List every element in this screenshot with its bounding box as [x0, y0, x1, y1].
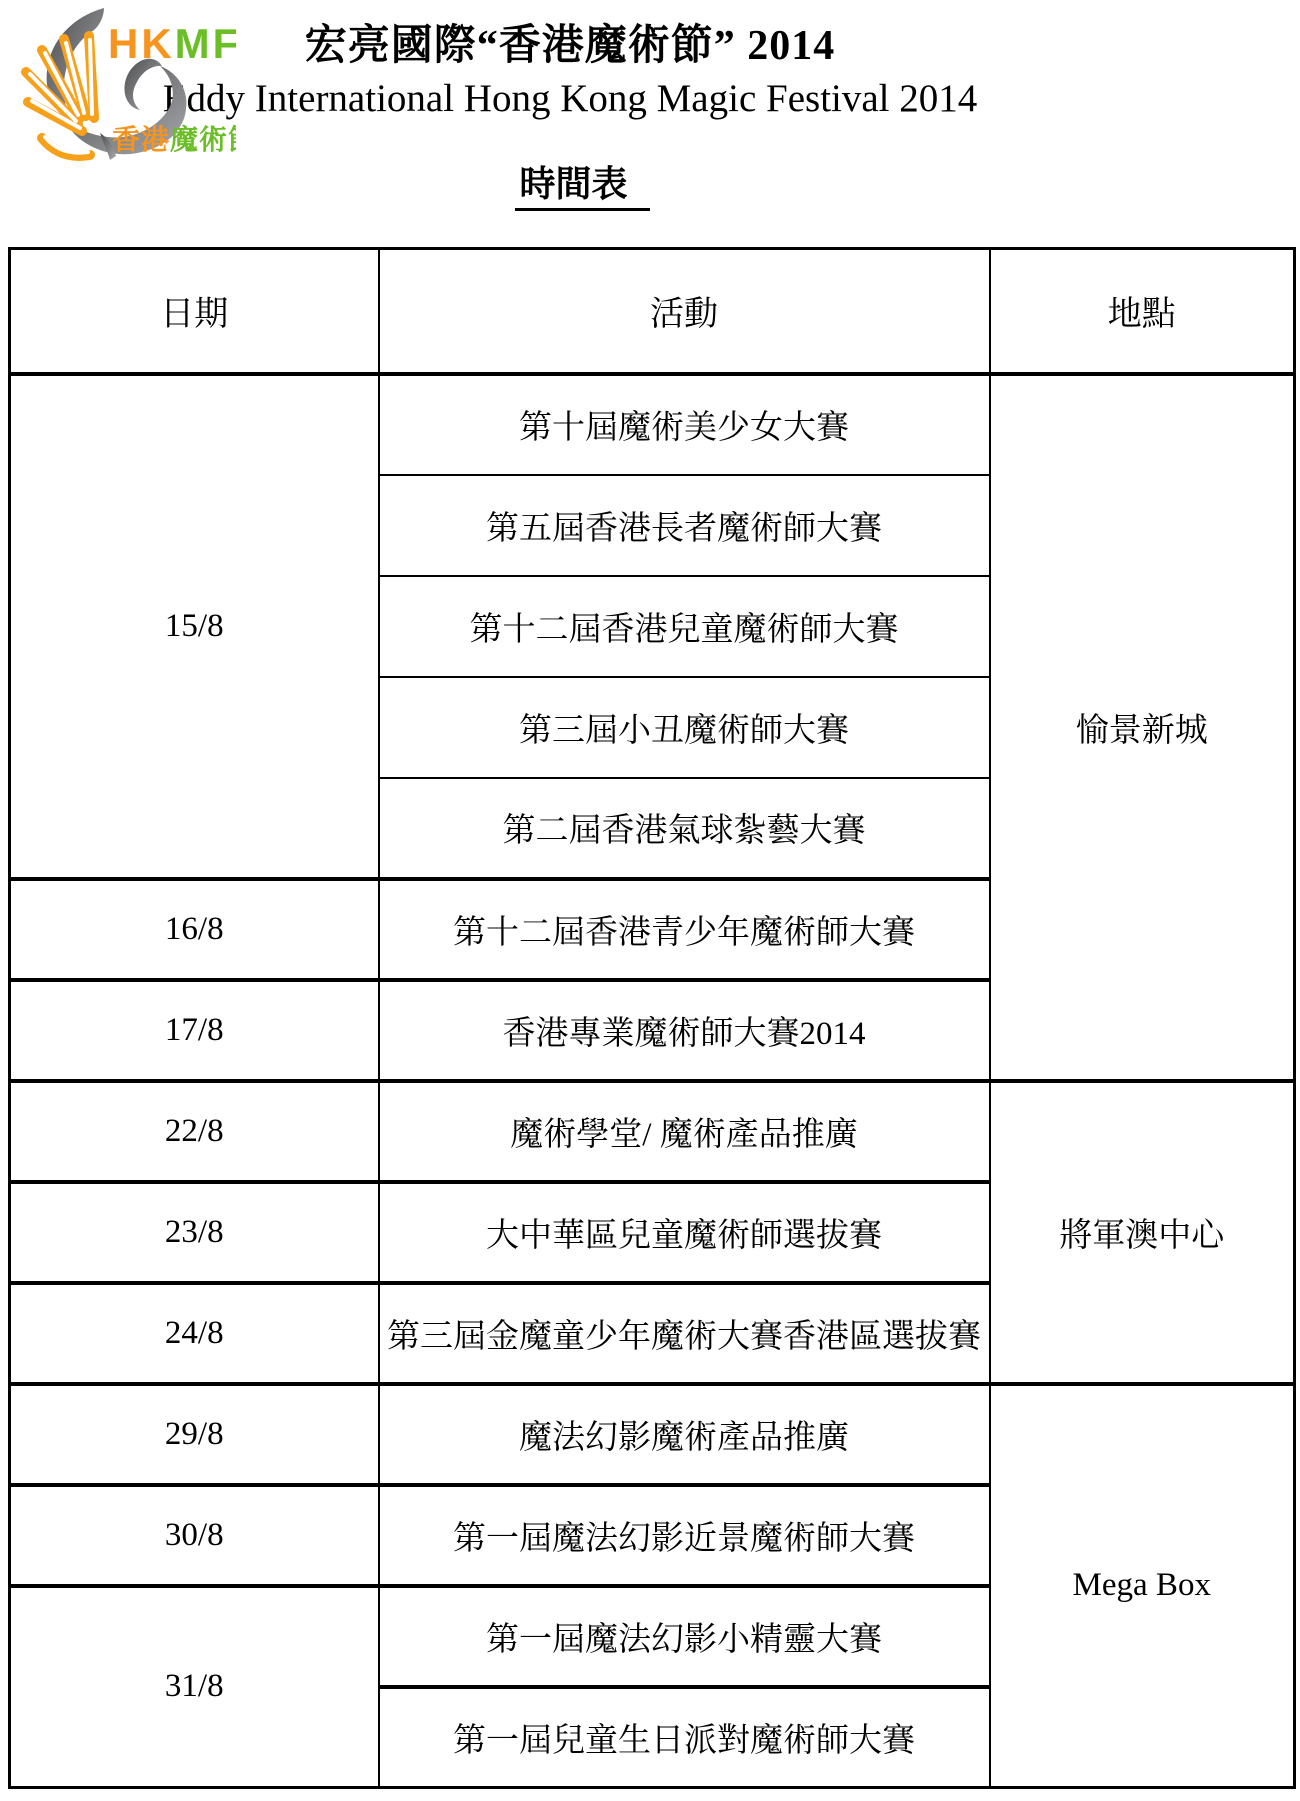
- schedule-table: 日期 活動 地點 15/8 第十屆魔術美少女大賽 愉景新城 第五屆香港長者魔術師…: [8, 247, 1296, 1789]
- document-header: HKMF 香港魔術節 宏亮國際“香港魔術節” 2014 Eddy Interna…: [0, 0, 1300, 247]
- table-row: 15/8 第十屆魔術美少女大賽 愉景新城: [10, 374, 1295, 475]
- table-row: 22/8 魔術學堂/ 魔術產品推廣 將軍澳中心: [10, 1081, 1295, 1182]
- location-cell: 將軍澳中心: [990, 1081, 1295, 1384]
- column-header-activity: 活動: [379, 249, 990, 374]
- date-cell: 22/8: [10, 1081, 379, 1182]
- column-header-date: 日期: [10, 249, 379, 374]
- location-cell: 愉景新城: [990, 374, 1295, 1081]
- activity-cell: 香港專業魔術師大賽2014: [379, 980, 990, 1081]
- column-header-location: 地點: [990, 249, 1295, 374]
- activity-cell: 第二屆香港氣球紮藝大賽: [379, 778, 990, 879]
- date-cell: 16/8: [10, 879, 379, 980]
- hkmf-logo-graphic: HKMF 香港魔術節: [12, 6, 236, 170]
- activity-cell: 第三屆小丑魔術師大賽: [379, 677, 990, 778]
- table-header-row: 日期 活動 地點: [10, 249, 1295, 374]
- date-cell: 31/8: [10, 1586, 379, 1788]
- date-cell: 15/8: [10, 374, 379, 879]
- activity-cell: 大中華區兒童魔術師選拔賽: [379, 1182, 990, 1283]
- date-cell: 24/8: [10, 1283, 379, 1384]
- logo-name-zh: 香港魔術節: [112, 123, 236, 155]
- activity-cell: 第十屆魔術美少女大賽: [379, 374, 990, 475]
- hkmf-logo: HKMF 香港魔術節: [12, 6, 236, 170]
- activity-cell: 魔術學堂/ 魔術產品推廣: [379, 1081, 990, 1182]
- date-cell: 30/8: [10, 1485, 379, 1586]
- subtitle-row: 時間表: [0, 164, 1165, 211]
- activity-cell: 第一屆魔法幻影近景魔術師大賽: [379, 1485, 990, 1586]
- activity-cell: 第一屆魔法幻影小精靈大賽: [379, 1586, 990, 1687]
- date-cell: 29/8: [10, 1384, 379, 1485]
- activity-cell: 第三屆金魔童少年魔術大賽香港區選拔賽: [379, 1283, 990, 1384]
- date-cell: 23/8: [10, 1182, 379, 1283]
- activity-cell: 第一屆兒童生日派對魔術師大賽: [379, 1687, 990, 1788]
- section-title-timetable: 時間表: [515, 164, 649, 211]
- activity-cell: 第十二屆香港兒童魔術師大賽: [379, 576, 990, 677]
- date-cell: 17/8: [10, 980, 379, 1081]
- location-cell: Mega Box: [990, 1384, 1295, 1788]
- activity-cell: 第十二屆香港青少年魔術師大賽: [379, 879, 990, 980]
- activity-cell: 第五屆香港長者魔術師大賽: [379, 475, 990, 576]
- logo-acronym: HKMF: [108, 20, 236, 67]
- table-row: 29/8 魔法幻影魔術產品推廣 Mega Box: [10, 1384, 1295, 1485]
- activity-cell: 魔法幻影魔術產品推廣: [379, 1384, 990, 1485]
